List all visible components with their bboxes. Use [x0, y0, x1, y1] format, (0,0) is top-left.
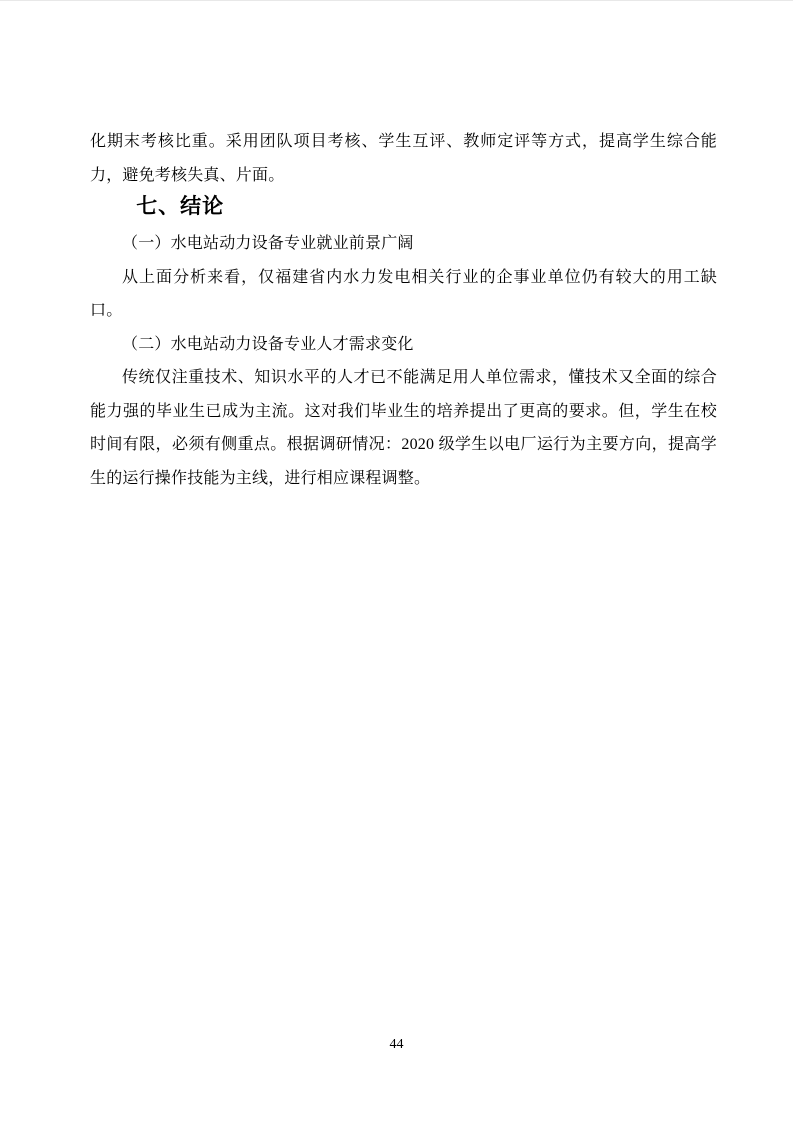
subsection-2-body: 传统仅注重技术、知识水平的人才已不能满足用人单位需求，懂技术又全面的综合能力强的…: [90, 361, 717, 495]
section-heading: 七、结论: [90, 193, 717, 221]
document-body: 化期末考核比重。采用团队项目考核、学生互评、教师定评等方式，提高学生综合能力，避…: [90, 125, 717, 495]
subsection-2-title: （二）水电站动力设备专业人才需求变化: [90, 328, 717, 362]
page-number: 44: [0, 1037, 793, 1053]
subsection-1-title: （一）水电站动力设备专业就业前景广阔: [90, 227, 717, 261]
paragraph-continuation: 化期末考核比重。采用团队项目考核、学生互评、教师定评等方式，提高学生综合能力，避…: [90, 125, 717, 192]
subsection-1-body: 从上面分析来看，仅福建省内水力发电相关行业的企事业单位仍有较大的用工缺口。: [90, 261, 717, 328]
document-page: 化期末考核比重。采用团队项目考核、学生互评、教师定评等方式，提高学生综合能力，避…: [0, 0, 793, 1122]
